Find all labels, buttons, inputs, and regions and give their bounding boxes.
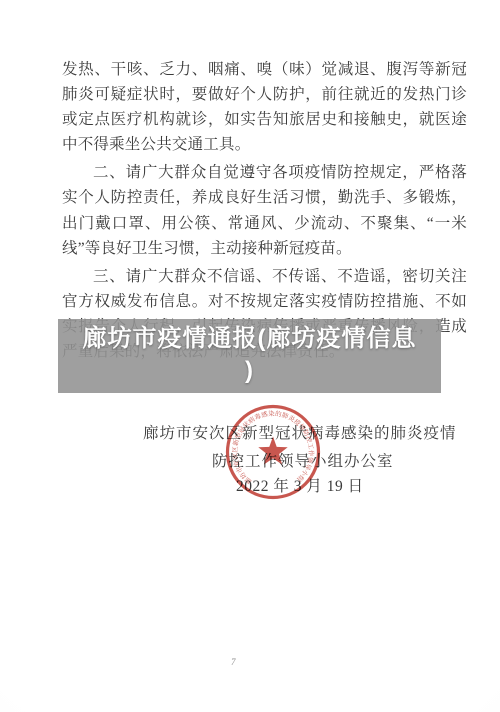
- official-seal-icon: 廊坊市安次区新型冠状病毒感染的肺炎疫情防控工作领导小组办公室: [223, 402, 323, 502]
- scanned-notice-page: 发热、干咳、乏力、咽痛、嗅（味）觉减退、腹泻等新冠肺炎可疑症状时，要做好个人防护…: [0, 0, 500, 712]
- headline-line2: ): [245, 355, 254, 387]
- star-icon: [258, 437, 287, 465]
- paragraph-rule-2: 二、请广大群众自觉遵守各项疫情防控规定，严格落实个人防控责任，养成良好生活习惯，…: [62, 160, 467, 260]
- paragraph-symptoms: 发热、干咳、乏力、咽痛、嗅（味）觉减退、腹泻等新冠肺炎可疑症状时，要做好个人防护…: [62, 57, 467, 157]
- page-number: 7: [231, 657, 236, 667]
- headline-overlay-band: 廊坊市疫情通报(廊坊疫情信息 ): [58, 319, 441, 393]
- headline-line1: 廊坊市疫情通报(廊坊疫情信息: [83, 323, 417, 355]
